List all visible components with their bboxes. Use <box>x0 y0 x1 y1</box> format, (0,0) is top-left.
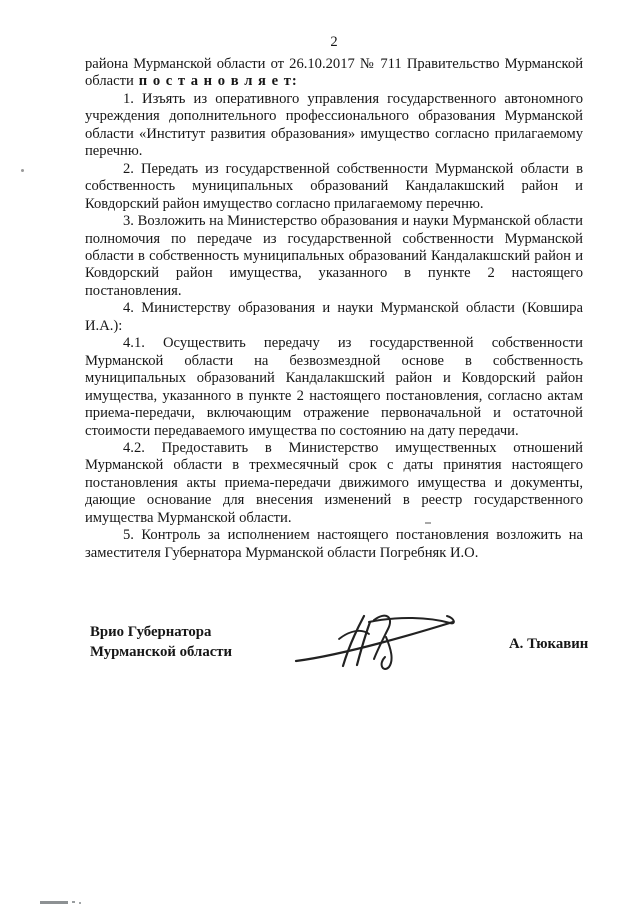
signatory-name: А. Тюкавин <box>509 636 588 653</box>
paragraph-2: 2. Передать из государственной собственн… <box>85 161 583 213</box>
decree-word: п о с т а н о в л я е т: <box>139 73 298 89</box>
signatory-title-line1: Врио Губернатора <box>90 623 232 643</box>
paragraph-4-1: 4.1. Осуществить передачу из государстве… <box>85 335 583 440</box>
paragraph-4-2: 4.2. Предоставить в Министерство имущест… <box>85 440 583 527</box>
scan-artifact-line <box>40 901 68 904</box>
document-body: района Мурманской области от 26.10.2017 … <box>85 56 583 562</box>
signatory-title-line2: Мурманской области <box>90 643 232 663</box>
signatory-title: Врио Губернатора Мурманской области <box>90 623 232 662</box>
paragraph-1: 1. Изъять из оперативного управления гос… <box>85 91 583 161</box>
page-number: 2 <box>85 34 583 51</box>
scan-speck <box>21 169 24 172</box>
scan-artifact-dot <box>79 902 81 904</box>
paragraph-3: 3. Возложить на Министерство образования… <box>85 213 583 300</box>
paragraph-4: 4. Министерству образования и науки Мурм… <box>85 300 583 335</box>
scan-artifact-dot <box>72 901 75 903</box>
paragraph-continuation: района Мурманской области от 26.10.2017 … <box>85 56 583 91</box>
paragraph-5: 5. Контроль за исполнением настоящего по… <box>85 527 583 562</box>
scan-dash <box>425 522 431 524</box>
handwritten-signature-icon <box>293 609 465 673</box>
